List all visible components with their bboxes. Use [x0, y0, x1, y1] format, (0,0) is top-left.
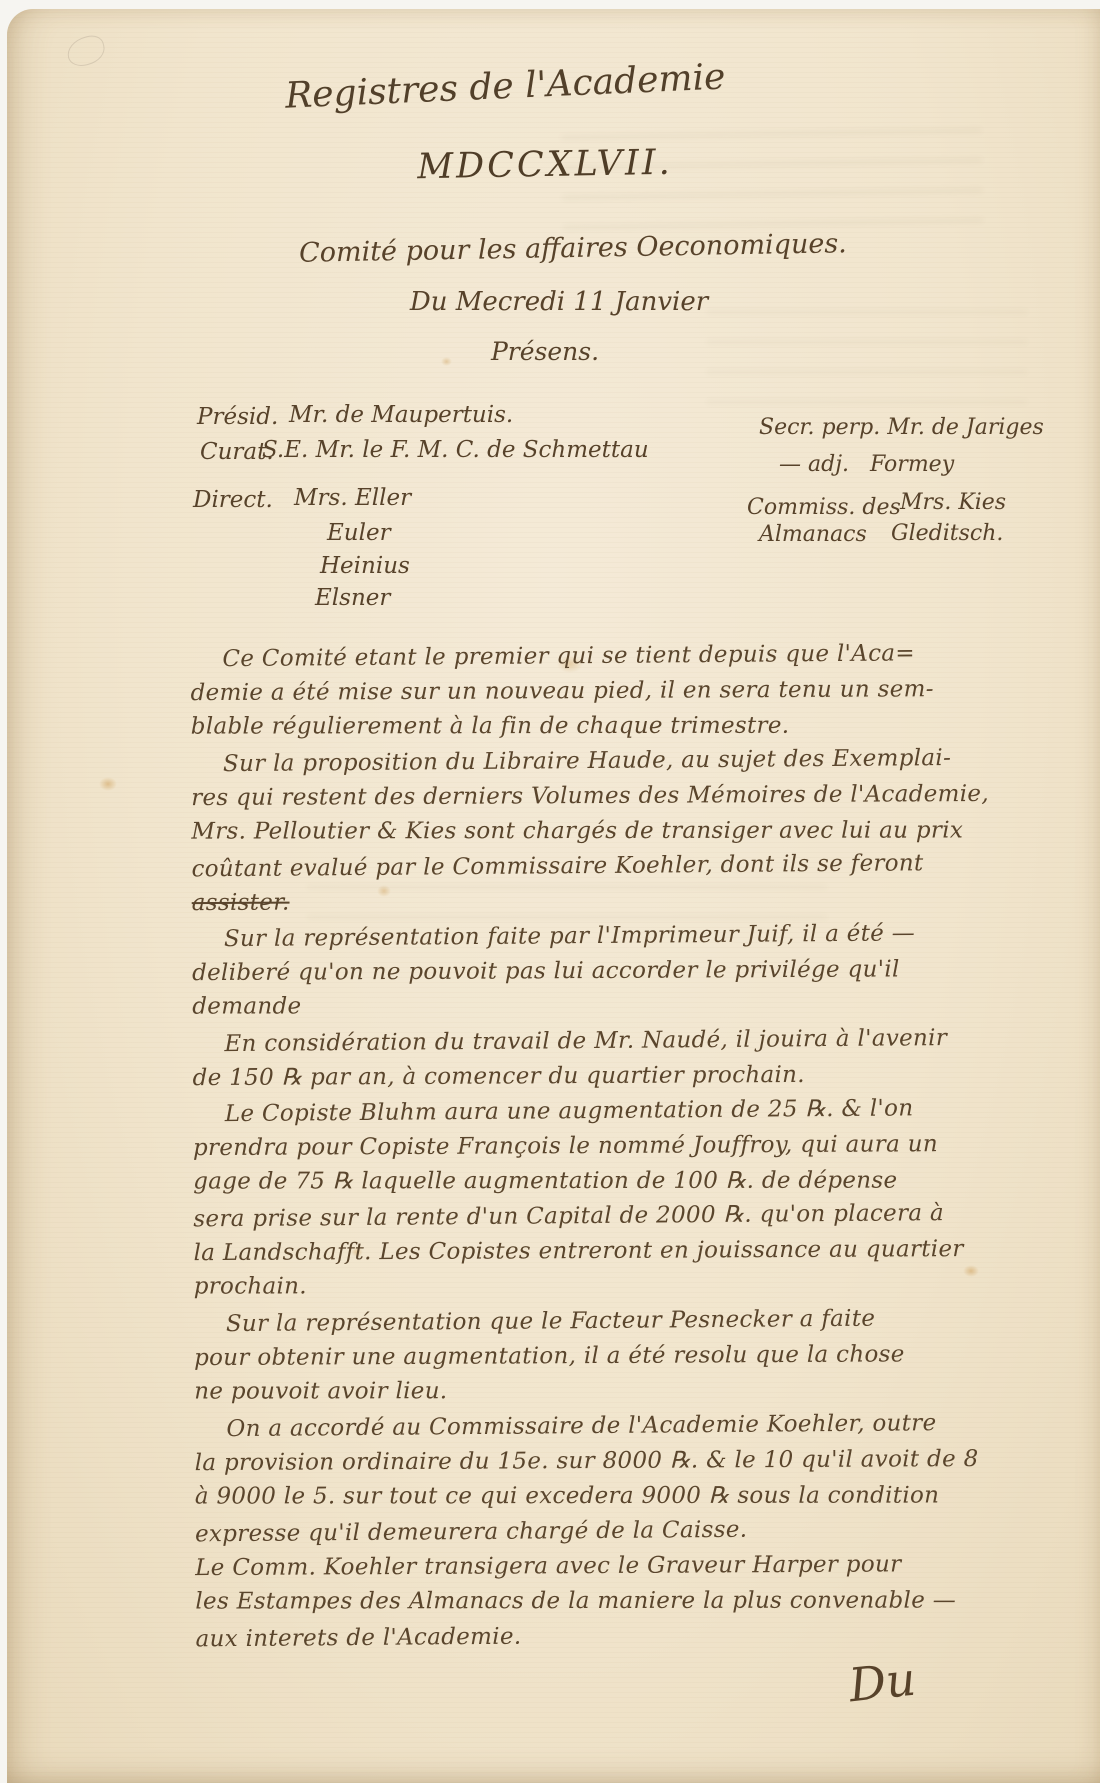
manuscript-line: Sur la représentation que le Facteur Pes… [194, 1301, 1000, 1343]
pencil-mark [64, 33, 108, 70]
secretary-name: Mr. de Jariges [887, 415, 1044, 440]
paragraph-facteur-pesnecker: Sur la représentation que le Facteur Pes… [194, 1302, 1001, 1411]
paragraph-copistes: Le Copiste Bluhm aura une augmentation d… [193, 1092, 1000, 1306]
manuscript-line: aux interets de l'Academie. [195, 1616, 1001, 1658]
attendee-name-curat: S.E. Mr. le F. M. C. de Schmettau [262, 437, 649, 463]
manuscript-line: la provision ordinaire du 15e. sur 8000 … [195, 1442, 1001, 1481]
secretary-label: Secr. perp. [759, 415, 880, 440]
manuscript-line: Ce Comité etant le premier qui se tient … [190, 636, 996, 678]
body-text: Ce Comité etant le premier qui se tient … [190, 637, 1001, 1656]
attendee-role-direct: Direct. [193, 487, 273, 513]
manuscript-line: Sur la représentation faite par l'Imprim… [192, 916, 998, 958]
page-title: Registres de l'Academie [284, 58, 685, 116]
manuscript-line: res qui restent des derniers Volumes des… [191, 777, 997, 816]
manuscript-line: la Landschafft. Les Copistes entreront e… [193, 1232, 999, 1271]
commissioner-name: Gleditsch. [891, 521, 1003, 546]
manuscript-line: gage de 75 ℞ laquelle augmentation de 10… [193, 1163, 999, 1199]
presens-label: Présens. [455, 337, 635, 366]
foxing-stain [441, 357, 452, 366]
foxing-stain [99, 777, 117, 791]
manuscript-line: les Estampes des Almanacs de la maniere … [195, 1583, 1001, 1619]
manuscript-line: blable régulierement à la fin de chaque … [191, 708, 997, 744]
manuscript-line: assister. [192, 882, 998, 921]
manuscript-line: expresse qu'il demeurera chargé de la Ca… [195, 1511, 1001, 1553]
commissioner-name: Mrs. Kies [900, 490, 1006, 515]
manuscript-line: Mrs. Pelloutier & Kies sont chargés de t… [191, 813, 997, 849]
manuscript-line: Sur la proposition du Libraire Haude, au… [191, 741, 997, 783]
manuscript-line: prochain. [194, 1268, 1000, 1304]
manuscript-line: Le Comm. Koehler transigera avec le Grav… [195, 1547, 1001, 1586]
scanned-manuscript: { "colors": { "paper": "#f1e5cd", "ink":… [0, 0, 1100, 1783]
committee-heading: Comité pour les affaires Oeconomiques. [299, 228, 844, 269]
manuscript-page: Registres de l'Academie MDCCXLVII. Comit… [7, 9, 1100, 1783]
paragraph-naude-pension: En considération du travail de Mr. Naudé… [192, 1022, 998, 1096]
commissioners-label-line1: Commiss. des [747, 495, 901, 520]
manuscript-line: En considération du travail de Mr. Naudé… [192, 1021, 998, 1063]
attendee-role-secretary: Secr. perp. Mr. de Jariges [759, 415, 1044, 440]
manuscript-line: de 150 ℞ par an, à comencer du quartier … [193, 1057, 999, 1096]
manuscript-line: prendra pour Copiste François le nommé J… [193, 1127, 999, 1166]
manuscript-line: demie a été mise sur un nouveau pied, il… [191, 672, 997, 711]
manuscript-line: sera prise sur la rente d'un Capital de … [193, 1196, 999, 1238]
year-roman: MDCCXLVII. [415, 143, 676, 188]
attendee-role-adjoint: — adj. Formey [779, 452, 954, 477]
ink-show-through [707, 309, 1027, 404]
paragraph-opening: Ce Comité etant le premier qui se tient … [190, 637, 997, 746]
attendee-name-direct: Mrs. Eller [294, 485, 411, 511]
attendee-name-presid: Mr. de Maupertuis. [289, 402, 513, 428]
session-date: Du Mecredi 11 Janvier [379, 287, 739, 317]
attendee-name-direct: Elsner [315, 585, 390, 611]
manuscript-line: pour obtenir une augmentation, il a été … [194, 1337, 1000, 1376]
manuscript-line: Le Copiste Bluhm aura une augmentation d… [193, 1091, 999, 1133]
manuscript-line: à 9000 le 5. sur tout ce qui excedera 90… [195, 1478, 1001, 1514]
paragraph-imprimeur-juif: Sur la représentation faite par l'Imprim… [192, 917, 999, 1026]
manuscript-line: ne pouvoit avoir lieu. [194, 1373, 1000, 1409]
attendee-role-presid: Présid. [197, 404, 278, 430]
commissioners-label-line2: Almanacs [759, 522, 867, 547]
paragraph-haude-proposal: Sur la proposition du Libraire Haude, au… [191, 742, 998, 921]
adjoint-name: Formey [870, 452, 954, 477]
catchword: Du [846, 1652, 918, 1713]
adjoint-label: — adj. [779, 452, 849, 477]
attendee-name-direct: Euler [327, 520, 391, 546]
attendee-name-direct: Heinius [320, 553, 410, 579]
manuscript-line: coûtant evalué par le Commissaire Koehle… [191, 846, 997, 888]
manuscript-line: deliberé qu'on ne pouvoit pas lui accord… [192, 952, 998, 991]
paragraph-koehler-harper: On a accordé au Commissaire de l'Academi… [194, 1407, 1001, 1656]
manuscript-line: demande [192, 988, 998, 1024]
manuscript-line: On a accordé au Commissaire de l'Academi… [194, 1406, 1000, 1448]
